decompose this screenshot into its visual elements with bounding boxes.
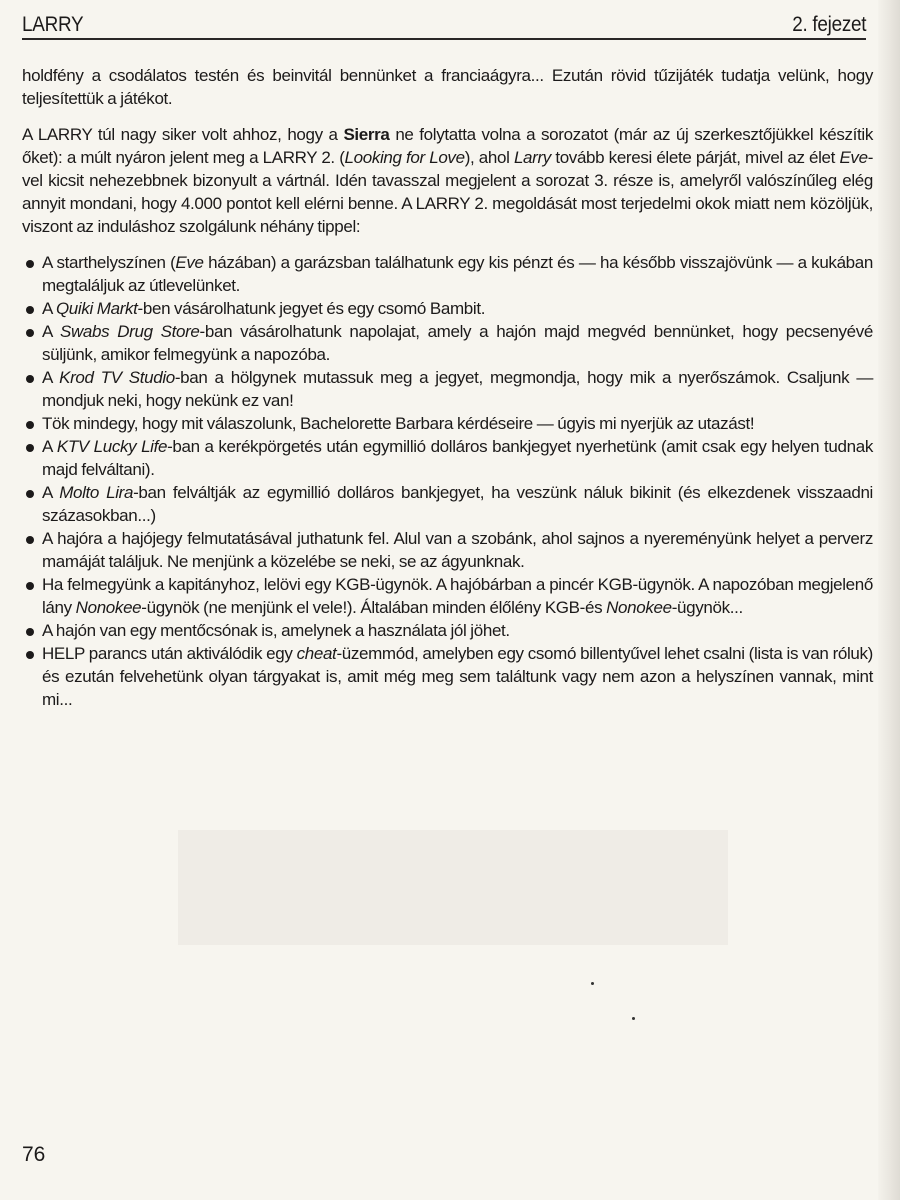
emphasis-italic: Krod TV Studio bbox=[59, 368, 175, 387]
text-run: holdfény a csodálatos testén és beinvitá… bbox=[22, 66, 873, 108]
text-run: Tök mindegy, hogy mit válaszolunk, Bache… bbox=[42, 414, 754, 433]
list-item: HELP parancs után aktiválódik egy cheat-… bbox=[22, 642, 873, 711]
text-run: -ügynök... bbox=[672, 598, 743, 617]
emphasis-italic: Swabs Drug Store bbox=[60, 322, 200, 341]
list-item: Tök mindegy, hogy mit válaszolunk, Bache… bbox=[22, 412, 873, 435]
emphasis-italic: KTV Lucky Life bbox=[57, 437, 167, 456]
text-run: -ügynök (ne menjünk el vele!). Általában… bbox=[141, 598, 606, 617]
list-item: A Molto Lira-ban felváltják az egymillió… bbox=[22, 481, 873, 527]
list-item: A KTV Lucky Life-ban a kerékpörgetés utá… bbox=[22, 435, 873, 481]
emphasis-italic: Molto Lira bbox=[59, 483, 133, 502]
text-run: A bbox=[42, 483, 59, 502]
emphasis-italic: Larry bbox=[514, 148, 551, 167]
text-run: A bbox=[42, 368, 59, 387]
list-item: A Krod TV Studio-ban a hölgynek mutassuk… bbox=[22, 366, 873, 412]
text-run: A bbox=[42, 322, 60, 341]
running-title: LARRY bbox=[22, 12, 83, 38]
list-item: A starthelyszínen (Eve házában) a garázs… bbox=[22, 251, 873, 297]
emphasis-bold: Sierra bbox=[343, 125, 389, 144]
text-run: HELP parancs után aktiválódik egy bbox=[42, 644, 297, 663]
print-speck bbox=[632, 1017, 635, 1020]
page-edge-shadow bbox=[878, 0, 900, 1200]
tips-list: A starthelyszínen (Eve házában) a garázs… bbox=[22, 251, 873, 711]
list-item: A hajón van egy mentőcsónak is, amelynek… bbox=[22, 619, 873, 642]
text-run: ), ahol bbox=[465, 148, 514, 167]
emphasis-italic: Looking for Love bbox=[345, 148, 465, 167]
list-item: A hajóra a hajójegy felmutatásával jutha… bbox=[22, 527, 873, 573]
list-item: A Quiki Markt-ben vásárolhatunk jegyet é… bbox=[22, 297, 873, 320]
body-text: holdfény a csodálatos testén és beinvitá… bbox=[22, 64, 873, 711]
running-header: LARRY 2. fejezet bbox=[22, 8, 866, 40]
text-run: A hajóra a hajójegy felmutatásával jutha… bbox=[42, 529, 873, 571]
text-run: -ben vásárolhatunk jegyet és egy csomó B… bbox=[138, 299, 486, 318]
emphasis-italic: Quiki Markt bbox=[56, 299, 138, 318]
text-run: -ban felváltják az egymillió dolláros ba… bbox=[42, 483, 873, 525]
emphasis-italic: Nonokee bbox=[606, 598, 672, 617]
text-run: tovább keresi élete párját, mivel az éle… bbox=[551, 148, 840, 167]
page-number: 76 bbox=[22, 1142, 45, 1168]
emphasis-italic: Nonokee bbox=[76, 598, 142, 617]
text-run: A bbox=[42, 437, 57, 456]
bleed-through-image bbox=[178, 830, 728, 945]
text-run: A bbox=[42, 299, 56, 318]
chapter-label: 2. fejezet bbox=[792, 12, 866, 38]
text-run: -ban a kerékpörgetés után egymillió doll… bbox=[42, 437, 873, 479]
paragraph: holdfény a csodálatos testén és beinvitá… bbox=[22, 64, 873, 110]
emphasis-italic: cheat bbox=[297, 644, 337, 663]
list-item: Ha felmegyünk a kapitányhoz, lelövi egy … bbox=[22, 573, 873, 619]
print-speck bbox=[591, 982, 594, 985]
text-run: A LARRY túl nagy siker volt ahhoz, hogy … bbox=[22, 125, 343, 144]
text-run: A starthelyszínen ( bbox=[42, 253, 175, 272]
paragraph: A LARRY túl nagy siker volt ahhoz, hogy … bbox=[22, 123, 873, 238]
emphasis-italic: Eve bbox=[175, 253, 203, 272]
text-run: A hajón van egy mentőcsónak is, amelynek… bbox=[42, 621, 510, 640]
emphasis-italic: Eve bbox=[839, 148, 867, 167]
list-item: A Swabs Drug Store-ban vásárolhatunk nap… bbox=[22, 320, 873, 366]
